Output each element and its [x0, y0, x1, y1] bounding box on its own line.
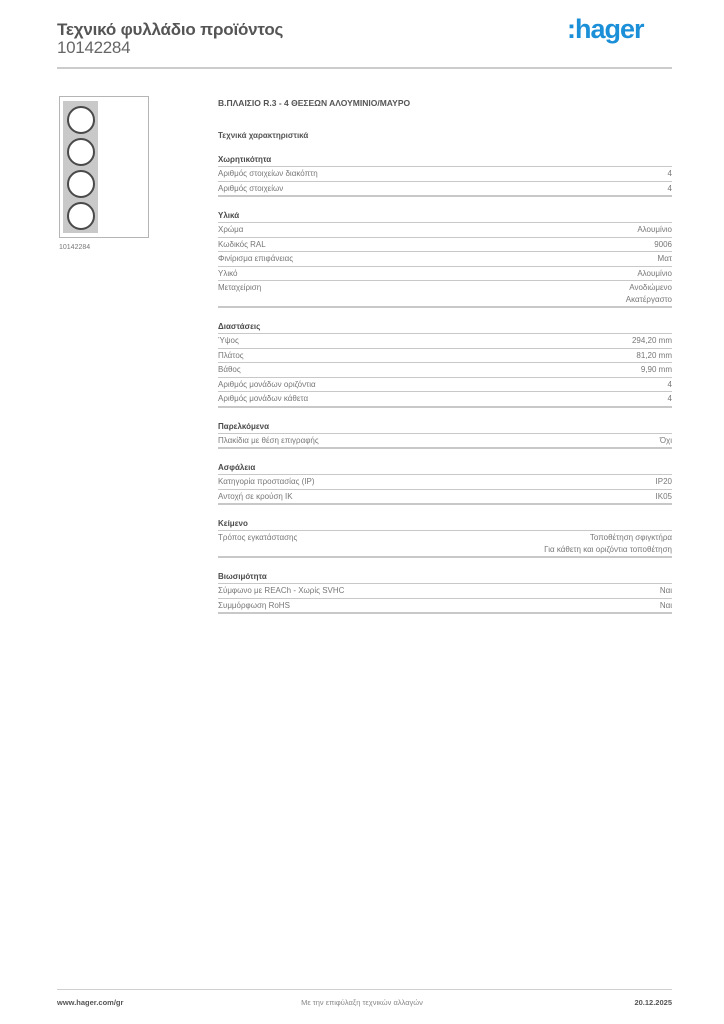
spec-value: Αλουμίνιο: [637, 268, 672, 280]
frame-position-icon: [67, 138, 95, 166]
spec-value-line: 4: [668, 393, 672, 405]
spec-label: Πλακίδια με θέση επιγραφής: [218, 435, 319, 447]
spec-label: Κωδικός RAL: [218, 239, 266, 251]
section-title: Υλικά: [218, 210, 672, 223]
section-title: Κείμενο: [218, 518, 672, 531]
spec-sections: ΧωρητικότηταΑριθμός στοιχείων διακόπτη4Α…: [218, 154, 672, 614]
spec-row: Φινίρισμα επιφάνειαςΜατ: [218, 252, 672, 267]
spec-section: ΔιαστάσειςΎψος294,20 mmΠλάτος81,20 mmΒάθ…: [218, 321, 672, 408]
spec-value: Όχι: [660, 435, 672, 447]
frame-strip: [63, 101, 98, 233]
spec-value-line: 9006: [654, 239, 672, 251]
spec-value-line: Για κάθετη και οριζόντια τοποθέτηση: [544, 544, 672, 556]
section-title: Διαστάσεις: [218, 321, 672, 334]
spec-value: Αλουμίνιο: [637, 224, 672, 236]
spec-row: Αριθμός στοιχείων διακόπτη4: [218, 167, 672, 182]
spec-value-line: 81,20 mm: [636, 350, 672, 362]
spec-value: 294,20 mm: [632, 335, 672, 347]
spec-row: Αριθμός μονάδων κάθετα4: [218, 392, 672, 408]
footer-date: 20.12.2025: [634, 998, 672, 1007]
spec-section: ΑσφάλειαΚατηγορία προστασίας (IP)IP20Αντ…: [218, 462, 672, 505]
header-rule: [57, 67, 672, 69]
spec-row: ΥλικόΑλουμίνιο: [218, 267, 672, 282]
spec-value: Ναι: [660, 585, 672, 597]
spec-content: Β.ΠΛΑΙΣΙΟ R.3 - 4 ΘΕΣΕΩΝ ΑΛΟΥΜΙΝΙΟ/ΜΑΥΡΟ…: [218, 96, 672, 614]
spec-label: Ύψος: [218, 335, 239, 347]
spec-row: Ύψος294,20 mm: [218, 334, 672, 349]
spec-row: Αντοχή σε κρούση IKIK05: [218, 490, 672, 506]
spec-section: ΚείμενοΤρόπος εγκατάστασηςΤοποθέτηση σφι…: [218, 518, 672, 558]
spec-label: Αριθμός μονάδων κάθετα: [218, 393, 308, 405]
spec-value-line: Ναι: [660, 585, 672, 597]
spec-section: ΒιωσιμότηταΣύμφωνο με REACh - Χωρίς SVHC…: [218, 571, 672, 614]
doc-product-number: 10142284: [57, 38, 130, 58]
spec-value-line: Ακατέργαστο: [626, 294, 672, 306]
spec-label: Βάθος: [218, 364, 241, 376]
spec-label: Τρόπος εγκατάστασης: [218, 532, 297, 544]
spec-value: 9,90 mm: [641, 364, 672, 376]
spec-label: Πλάτος: [218, 350, 244, 362]
spec-row: Συμμόρφωση RoHSΝαι: [218, 599, 672, 615]
spec-label: Φινίρισμα επιφάνειας: [218, 253, 293, 265]
spec-row: Κατηγορία προστασίας (IP)IP20: [218, 475, 672, 490]
spec-label: Κατηγορία προστασίας (IP): [218, 476, 315, 488]
spec-value-line: IK05: [656, 491, 672, 503]
image-caption: 10142284: [59, 244, 90, 251]
spec-label: Χρώμα: [218, 224, 243, 236]
spec-value-line: IP20: [656, 476, 672, 488]
section-title: Ασφάλεια: [218, 462, 672, 475]
spec-row: Αριθμός μονάδων οριζόντια4: [218, 378, 672, 393]
spec-value-line: Ναι: [660, 600, 672, 612]
spec-value-line: 9,90 mm: [641, 364, 672, 376]
spec-value-line: Αλουμίνιο: [637, 224, 672, 236]
spec-value: IP20: [656, 476, 672, 488]
spec-section: ΠαρελκόμεναΠλακίδια με θέση επιγραφήςΌχι: [218, 421, 672, 450]
frame-position-icon: [67, 106, 95, 134]
spec-value: 4: [668, 168, 672, 180]
spec-row: Πλάτος81,20 mm: [218, 349, 672, 364]
spec-label: Αριθμός στοιχείων διακόπτη: [218, 168, 318, 180]
doc-title: Τεχνικό φυλλάδιο προϊόντος: [57, 20, 283, 40]
spec-value: Τοποθέτηση σφιγκτήραΓια κάθετη και οριζό…: [544, 532, 672, 555]
spec-label: Μεταχείριση: [218, 282, 261, 294]
footer-note: Με την επιφύλαξη τεχνικών αλλαγών: [0, 998, 724, 1007]
spec-value: 4: [668, 183, 672, 195]
spec-value-line: 4: [668, 168, 672, 180]
spec-label: Αντοχή σε κρούση IK: [218, 491, 293, 503]
frame-position-icon: [67, 202, 95, 230]
spec-row: Σύμφωνο με REACh - Χωρίς SVHCΝαι: [218, 584, 672, 599]
spec-label: Υλικό: [218, 268, 237, 280]
spec-row: Βάθος9,90 mm: [218, 363, 672, 378]
spec-section: ΥλικάΧρώμαΑλουμίνιοΚωδικός RAL9006Φινίρι…: [218, 210, 672, 308]
spec-value-line: 4: [668, 379, 672, 391]
product-image: [59, 96, 149, 238]
spec-row: Αριθμός στοιχείων4: [218, 182, 672, 198]
spec-value: 4: [668, 393, 672, 405]
spec-value: 81,20 mm: [636, 350, 672, 362]
spec-value-line: Αλουμίνιο: [637, 268, 672, 280]
section-title: Χωρητικότητα: [218, 154, 672, 167]
frame-position-icon: [67, 170, 95, 198]
footer-rule: [57, 989, 672, 990]
spec-value-line: 294,20 mm: [632, 335, 672, 347]
spec-row: ΧρώμαΑλουμίνιο: [218, 223, 672, 238]
spec-row: ΜεταχείρισηΑνοδιώμενοΑκατέργαστο: [218, 281, 672, 308]
spec-value: 4: [668, 379, 672, 391]
spec-value-line: Τοποθέτηση σφιγκτήρα: [544, 532, 672, 544]
hager-logo: :hager: [567, 14, 644, 45]
spec-value-line: Όχι: [660, 435, 672, 447]
spec-row: Κωδικός RAL9006: [218, 238, 672, 253]
spec-row: Τρόπος εγκατάστασηςΤοποθέτηση σφιγκτήραΓ…: [218, 531, 672, 558]
spec-value: 9006: [654, 239, 672, 251]
spec-value: ΑνοδιώμενοΑκατέργαστο: [626, 282, 672, 305]
spec-label: Συμμόρφωση RoHS: [218, 600, 290, 612]
section-title: Παρελκόμενα: [218, 421, 672, 434]
spec-value-line: Ματ: [658, 253, 672, 265]
tech-heading: Τεχνικά χαρακτηριστικά: [218, 130, 672, 142]
spec-label: Αριθμός στοιχείων: [218, 183, 283, 195]
spec-row: Πλακίδια με θέση επιγραφήςΌχι: [218, 434, 672, 450]
spec-section: ΧωρητικότηταΑριθμός στοιχείων διακόπτη4Α…: [218, 154, 672, 197]
spec-label: Σύμφωνο με REACh - Χωρίς SVHC: [218, 585, 344, 597]
spec-value: Ναι: [660, 600, 672, 612]
spec-value: Ματ: [658, 253, 672, 265]
spec-label: Αριθμός μονάδων οριζόντια: [218, 379, 316, 391]
spec-value-line: Ανοδιώμενο: [626, 282, 672, 294]
spec-value-line: 4: [668, 183, 672, 195]
section-title: Βιωσιμότητα: [218, 571, 672, 584]
product-name: Β.ΠΛΑΙΣΙΟ R.3 - 4 ΘΕΣΕΩΝ ΑΛΟΥΜΙΝΙΟ/ΜΑΥΡΟ: [218, 96, 672, 110]
spec-value: IK05: [656, 491, 672, 503]
